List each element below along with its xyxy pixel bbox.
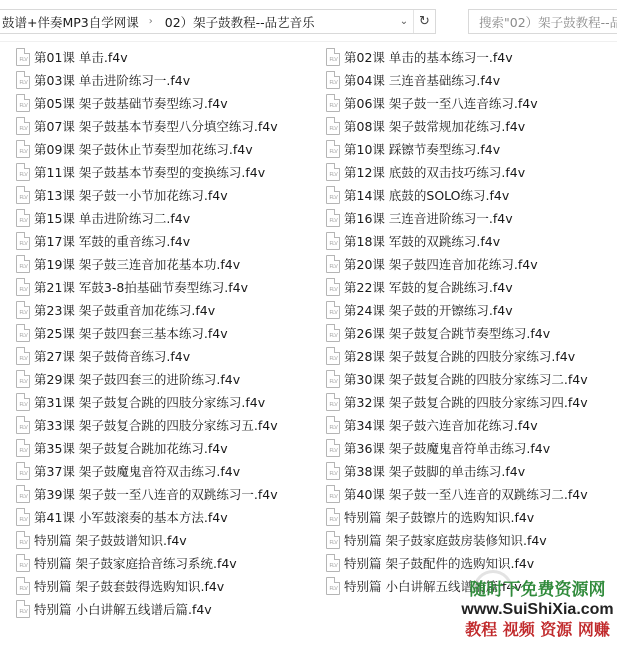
file-item[interactable]: FLV第27课 架子鼓倚音练习.f4v xyxy=(16,345,190,366)
file-name: 第33课 架子鼓复合跳的四肢分家练习五.f4v xyxy=(34,416,278,434)
file-item[interactable]: FLV第01课 单击.f4v xyxy=(16,46,128,67)
file-name: 第38课 架子鼓脚的单击练习.f4v xyxy=(344,462,525,480)
file-type-label: FLV xyxy=(327,333,340,339)
flv-file-icon: FLV xyxy=(16,278,30,296)
file-type-label: FLV xyxy=(327,264,340,270)
file-item[interactable]: FLV第05课 架子鼓基础节奏型练习.f4v xyxy=(16,92,228,113)
file-item[interactable]: FLV第18课 军鼓的双跳练习.f4v xyxy=(326,230,500,251)
file-type-label: FLV xyxy=(327,425,340,431)
file-item[interactable]: FLV第11课 架子鼓基本节奏型的变换练习.f4v xyxy=(16,161,265,182)
file-item[interactable]: FLV第03课 单击进阶练习一.f4v xyxy=(16,69,190,90)
file-item[interactable]: FLV第10课 踩镲节奏型练习.f4v xyxy=(326,138,500,159)
file-item[interactable]: FLV特别篇 小白讲解五线谱后篇.f4v xyxy=(16,598,212,619)
file-name: 第01课 单击.f4v xyxy=(34,48,128,66)
file-item[interactable]: FLV第12课 底鼓的双击技巧练习.f4v xyxy=(326,161,525,182)
flv-file-icon: FLV xyxy=(16,600,30,618)
file-name: 第28课 架子鼓复合跳的四肢分家练习.f4v xyxy=(344,347,575,365)
file-type-label: FLV xyxy=(327,310,340,316)
flv-file-icon: FLV xyxy=(326,462,340,480)
file-type-label: FLV xyxy=(327,471,340,477)
flv-file-icon: FLV xyxy=(16,393,30,411)
file-type-label: FLV xyxy=(327,563,340,569)
file-name: 第37课 架子鼓魔鬼音符双击练习.f4v xyxy=(34,462,240,480)
file-item[interactable]: FLV第17课 军鼓的重音练习.f4v xyxy=(16,230,190,251)
file-item[interactable]: FLV第22课 军鼓的复合跳练习.f4v xyxy=(326,276,513,297)
search-input[interactable]: 搜索"02）架子鼓教程--品艺音乐" xyxy=(468,9,617,34)
file-type-label: FLV xyxy=(17,586,30,592)
file-item[interactable]: FLV特别篇 架子鼓家庭拾音练习系统.f4v xyxy=(16,552,237,573)
file-type-label: FLV xyxy=(327,241,340,247)
flv-file-icon: FLV xyxy=(326,140,340,158)
file-name: 第09课 架子鼓休止节奏型加花练习.f4v xyxy=(34,140,253,158)
flv-file-icon: FLV xyxy=(326,347,340,365)
file-type-label: FLV xyxy=(327,494,340,500)
flv-file-icon: FLV xyxy=(326,117,340,135)
flv-file-icon: FLV xyxy=(16,439,30,457)
file-name: 第07课 架子鼓基本节奏型八分填空练习.f4v xyxy=(34,117,278,135)
file-item[interactable]: FLV第36课 架子鼓魔鬼音符单击练习.f4v xyxy=(326,437,550,458)
file-name: 第03课 单击进阶练习一.f4v xyxy=(34,71,190,89)
flv-file-icon: FLV xyxy=(326,577,340,595)
flv-file-icon: FLV xyxy=(326,94,340,112)
flv-file-icon: FLV xyxy=(326,508,340,526)
flv-file-icon: FLV xyxy=(16,209,30,227)
file-item[interactable]: FLV第14课 底鼓的SOLO练习.f4v xyxy=(326,184,509,205)
file-name: 第41课 小军鼓滚奏的基本方法.f4v xyxy=(34,508,228,526)
file-type-label: FLV xyxy=(17,103,30,109)
address-bar[interactable]: 鼓谱+伴奏MP3自学网课 › 02）架子鼓教程--品艺音乐 ⌄ ↻ xyxy=(0,9,436,34)
file-type-label: FLV xyxy=(17,195,30,201)
file-name: 第15课 单击进阶练习二.f4v xyxy=(34,209,190,227)
refresh-button[interactable]: ↻ xyxy=(413,10,435,33)
file-type-label: FLV xyxy=(327,356,340,362)
flv-file-icon: FLV xyxy=(16,370,30,388)
file-item[interactable]: FLV第37课 架子鼓魔鬼音符双击练习.f4v xyxy=(16,460,240,481)
file-type-label: FLV xyxy=(327,195,340,201)
flv-file-icon: FLV xyxy=(16,577,30,595)
file-item[interactable]: FLV第07课 架子鼓基本节奏型八分填空练习.f4v xyxy=(16,115,278,136)
flv-file-icon: FLV xyxy=(326,485,340,503)
flv-file-icon: FLV xyxy=(16,117,30,135)
file-name: 第31课 架子鼓复合跳的四肢分家练习.f4v xyxy=(34,393,265,411)
file-item[interactable]: FLV第06课 架子鼓一至八连音练习.f4v xyxy=(326,92,538,113)
flv-file-icon: FLV xyxy=(326,163,340,181)
file-type-label: FLV xyxy=(17,609,30,615)
file-type-label: FLV xyxy=(17,310,30,316)
file-name: 特别篇 架子鼓配件的选购知识.f4v xyxy=(344,554,534,572)
flv-file-icon: FLV xyxy=(326,439,340,457)
chevron-down-icon: ⌄ xyxy=(400,16,408,27)
flv-file-icon: FLV xyxy=(16,508,30,526)
file-item[interactable]: FLV第31课 架子鼓复合跳的四肢分家练习.f4v xyxy=(16,391,265,412)
file-item[interactable]: FLV第33课 架子鼓复合跳的四肢分家练习五.f4v xyxy=(16,414,278,435)
file-name: 第35课 架子鼓复合跳加花练习.f4v xyxy=(34,439,228,457)
file-name: 第14课 底鼓的SOLO练习.f4v xyxy=(344,186,509,204)
file-item[interactable]: FLV第20课 架子鼓四连音加花练习.f4v xyxy=(326,253,538,274)
file-item[interactable]: FLV第29课 架子鼓四套三的进阶练习.f4v xyxy=(16,368,240,389)
file-item[interactable]: FLV第24课 架子鼓的开镲练习.f4v xyxy=(326,299,513,320)
file-type-label: FLV xyxy=(17,563,30,569)
file-type-label: FLV xyxy=(17,333,30,339)
flv-file-icon: FLV xyxy=(16,71,30,89)
file-name: 第08课 架子鼓常规加花练习.f4v xyxy=(344,117,525,135)
file-type-label: FLV xyxy=(17,402,30,408)
file-item[interactable]: FLV第39课 架子鼓一至八连音的双跳练习一.f4v xyxy=(16,483,278,504)
search-placeholder: 搜索"02）架子鼓教程--品艺音乐" xyxy=(479,13,617,31)
file-type-label: FLV xyxy=(17,287,30,293)
file-type-label: FLV xyxy=(327,448,340,454)
file-item[interactable]: FLV第28课 架子鼓复合跳的四肢分家练习.f4v xyxy=(326,345,575,366)
flv-file-icon: FLV xyxy=(16,324,30,342)
explorer-toolbar: 鼓谱+伴奏MP3自学网课 › 02）架子鼓教程--品艺音乐 ⌄ ↻ 搜索"02）… xyxy=(0,0,617,42)
file-item[interactable]: FLV第35课 架子鼓复合跳加花练习.f4v xyxy=(16,437,228,458)
file-type-label: FLV xyxy=(327,80,340,86)
file-item[interactable]: FLV第23课 架子鼓重音加花练习.f4v xyxy=(16,299,215,320)
file-type-label: FLV xyxy=(17,448,30,454)
flv-file-icon: FLV xyxy=(326,209,340,227)
file-name: 第04课 三连音基础练习.f4v xyxy=(344,71,500,89)
file-type-label: FLV xyxy=(327,57,340,63)
file-type-label: FLV xyxy=(17,57,30,63)
file-item[interactable]: FLV特别篇 架子鼓配件的选购知识.f4v xyxy=(326,552,534,573)
file-type-label: FLV xyxy=(17,494,30,500)
file-item[interactable]: FLV第30课 架子鼓复合跳的四肢分家练习二.f4v xyxy=(326,368,588,389)
flv-file-icon: FLV xyxy=(16,140,30,158)
flv-file-icon: FLV xyxy=(16,416,30,434)
flv-file-icon: FLV xyxy=(16,462,30,480)
file-list: FLV第01课 单击.f4vFLV第02课 单击的基本练习一.f4vFLV第03… xyxy=(0,46,617,646)
file-type-label: FLV xyxy=(17,264,30,270)
file-type-label: FLV xyxy=(17,425,30,431)
file-item[interactable]: FLV第21课 军鼓3-8拍基础节奏型练习.f4v xyxy=(16,276,248,297)
file-type-label: FLV xyxy=(327,103,340,109)
file-item[interactable]: FLV特别篇 架子鼓鼓谱知识.f4v xyxy=(16,529,187,550)
file-type-label: FLV xyxy=(17,126,30,132)
flv-file-icon: FLV xyxy=(326,531,340,549)
file-type-label: FLV xyxy=(17,241,30,247)
file-name: 第23课 架子鼓重音加花练习.f4v xyxy=(34,301,215,319)
file-name: 第05课 架子鼓基础节奏型练习.f4v xyxy=(34,94,228,112)
file-type-label: FLV xyxy=(327,172,340,178)
flv-file-icon: FLV xyxy=(16,163,30,181)
refresh-icon: ↻ xyxy=(419,14,430,29)
file-item[interactable]: FLV第41课 小军鼓滚奏的基本方法.f4v xyxy=(16,506,228,527)
flv-file-icon: FLV xyxy=(326,48,340,66)
flv-file-icon: FLV xyxy=(16,347,30,365)
file-name: 第19课 架子鼓三连音加花基本功.f4v xyxy=(34,255,240,273)
file-name: 特别篇 架子鼓家庭鼓房装修知识.f4v xyxy=(344,531,547,549)
file-name: 第32课 架子鼓复合跳的四肢分家练习四.f4v xyxy=(344,393,588,411)
file-name: 第20课 架子鼓四连音加花练习.f4v xyxy=(344,255,538,273)
file-type-label: FLV xyxy=(17,379,30,385)
breadcrumb-parent[interactable]: 鼓谱+伴奏MP3自学网课 xyxy=(0,13,139,31)
watermark: 随时下免费资源网 www.SuiShiXia.com 教程 视频 资源 网赚 xyxy=(458,580,617,646)
file-name: 第22课 军鼓的复合跳练习.f4v xyxy=(344,278,513,296)
file-item[interactable]: FLV第19课 架子鼓三连音加花基本功.f4v xyxy=(16,253,240,274)
file-name: 第27课 架子鼓倚音练习.f4v xyxy=(34,347,190,365)
file-item[interactable]: FLV第16课 三连音进阶练习一.f4v xyxy=(326,207,513,228)
file-type-label: FLV xyxy=(17,517,30,523)
file-name: 第12课 底鼓的双击技巧练习.f4v xyxy=(344,163,525,181)
breadcrumb-current[interactable]: 02）架子鼓教程--品艺音乐 xyxy=(165,13,315,31)
flv-file-icon: FLV xyxy=(326,278,340,296)
file-type-label: FLV xyxy=(327,126,340,132)
file-item[interactable]: FLV第32课 架子鼓复合跳的四肢分家练习四.f4v xyxy=(326,391,588,412)
file-name: 第21课 军鼓3-8拍基础节奏型练习.f4v xyxy=(34,278,248,296)
file-item[interactable]: FLV特别篇 架子鼓镲片的选购知识.f4v xyxy=(326,506,534,527)
watermark-url: www.SuiShiXia.com xyxy=(458,600,617,620)
file-name: 特别篇 小白讲解五线谱后篇.f4v xyxy=(34,600,212,618)
file-name: 特别篇 架子鼓套鼓得选购知识.f4v xyxy=(34,577,224,595)
flv-file-icon: FLV xyxy=(326,255,340,273)
file-item[interactable]: FLV第09课 架子鼓休止节奏型加花练习.f4v xyxy=(16,138,253,159)
file-type-label: FLV xyxy=(327,586,340,592)
file-name: 特别篇 架子鼓镲片的选购知识.f4v xyxy=(344,508,534,526)
flv-file-icon: FLV xyxy=(16,301,30,319)
file-item[interactable]: FLV第15课 单击进阶练习二.f4v xyxy=(16,207,190,228)
flv-file-icon: FLV xyxy=(326,71,340,89)
file-type-label: FLV xyxy=(327,218,340,224)
file-name: 第17课 军鼓的重音练习.f4v xyxy=(34,232,190,250)
file-type-label: FLV xyxy=(17,471,30,477)
flv-file-icon: FLV xyxy=(326,370,340,388)
file-type-label: FLV xyxy=(17,356,30,362)
file-name: 第06课 架子鼓一至八连音练习.f4v xyxy=(344,94,538,112)
file-name: 特别篇 架子鼓家庭拾音练习系统.f4v xyxy=(34,554,237,572)
file-type-label: FLV xyxy=(327,149,340,155)
file-name: 第39课 架子鼓一至八连音的双跳练习一.f4v xyxy=(34,485,278,503)
flv-file-icon: FLV xyxy=(326,186,340,204)
file-name: 第24课 架子鼓的开镲练习.f4v xyxy=(344,301,513,319)
file-item[interactable]: FLV第13课 架子鼓一小节加花练习.f4v xyxy=(16,184,228,205)
address-dropdown-button[interactable]: ⌄ xyxy=(395,10,413,33)
file-name: 第26课 架子鼓复合跳节奏型练习.f4v xyxy=(344,324,550,342)
breadcrumb-separator-icon[interactable]: › xyxy=(149,16,153,27)
file-name: 第18课 军鼓的双跳练习.f4v xyxy=(344,232,500,250)
file-type-label: FLV xyxy=(17,80,30,86)
flv-file-icon: FLV xyxy=(326,324,340,342)
file-name: 第02课 单击的基本练习一.f4v xyxy=(344,48,513,66)
file-type-label: FLV xyxy=(17,149,30,155)
flv-file-icon: FLV xyxy=(326,416,340,434)
flv-file-icon: FLV xyxy=(16,94,30,112)
file-name: 第11课 架子鼓基本节奏型的变换练习.f4v xyxy=(34,163,265,181)
file-type-label: FLV xyxy=(17,172,30,178)
flv-file-icon: FLV xyxy=(16,554,30,572)
file-item[interactable]: FLV第40课 架子鼓一至八连音的双跳练习二.f4v xyxy=(326,483,588,504)
file-item[interactable]: FLV特别篇 架子鼓家庭鼓房装修知识.f4v xyxy=(326,529,547,550)
flv-file-icon: FLV xyxy=(16,232,30,250)
file-item[interactable]: FLV第25课 架子鼓四套三基本练习.f4v xyxy=(16,322,228,343)
watermark-tagline: 教程 视频 资源 网赚 xyxy=(458,620,617,640)
file-item[interactable]: FLV第04课 三连音基础练习.f4v xyxy=(326,69,500,90)
file-type-label: FLV xyxy=(327,379,340,385)
file-name: 第25课 架子鼓四套三基本练习.f4v xyxy=(34,324,228,342)
watermark-title: 随时下免费资源网 xyxy=(458,580,617,600)
file-name: 第36课 架子鼓魔鬼音符单击练习.f4v xyxy=(344,439,550,457)
flv-file-icon: FLV xyxy=(326,393,340,411)
file-type-label: FLV xyxy=(17,218,30,224)
flv-file-icon: FLV xyxy=(16,186,30,204)
file-name: 第30课 架子鼓复合跳的四肢分家练习二.f4v xyxy=(344,370,588,388)
flv-file-icon: FLV xyxy=(16,255,30,273)
file-name: 第34课 架子鼓六连音加花练习.f4v xyxy=(344,416,538,434)
file-name: 第29课 架子鼓四套三的进阶练习.f4v xyxy=(34,370,240,388)
file-item[interactable]: FLV特别篇 架子鼓套鼓得选购知识.f4v xyxy=(16,575,224,596)
file-name: 第10课 踩镲节奏型练习.f4v xyxy=(344,140,500,158)
flv-file-icon: FLV xyxy=(326,554,340,572)
file-type-label: FLV xyxy=(327,540,340,546)
file-type-label: FLV xyxy=(327,287,340,293)
flv-file-icon: FLV xyxy=(16,485,30,503)
file-type-label: FLV xyxy=(327,517,340,523)
file-item[interactable]: FLV第02课 单击的基本练习一.f4v xyxy=(326,46,513,67)
flv-file-icon: FLV xyxy=(16,48,30,66)
file-item[interactable]: FLV第38课 架子鼓脚的单击练习.f4v xyxy=(326,460,525,481)
file-item[interactable]: FLV第26课 架子鼓复合跳节奏型练习.f4v xyxy=(326,322,550,343)
file-type-label: FLV xyxy=(327,402,340,408)
file-name: 第40课 架子鼓一至八连音的双跳练习二.f4v xyxy=(344,485,588,503)
flv-file-icon: FLV xyxy=(326,301,340,319)
file-item[interactable]: FLV第34课 架子鼓六连音加花练习.f4v xyxy=(326,414,538,435)
flv-file-icon: FLV xyxy=(16,531,30,549)
flv-file-icon: FLV xyxy=(326,232,340,250)
file-name: 第13课 架子鼓一小节加花练习.f4v xyxy=(34,186,228,204)
file-name: 特别篇 架子鼓鼓谱知识.f4v xyxy=(34,531,187,549)
file-type-label: FLV xyxy=(17,540,30,546)
file-item[interactable]: FLV第08课 架子鼓常规加花练习.f4v xyxy=(326,115,525,136)
file-name: 第16课 三连音进阶练习一.f4v xyxy=(344,209,513,227)
